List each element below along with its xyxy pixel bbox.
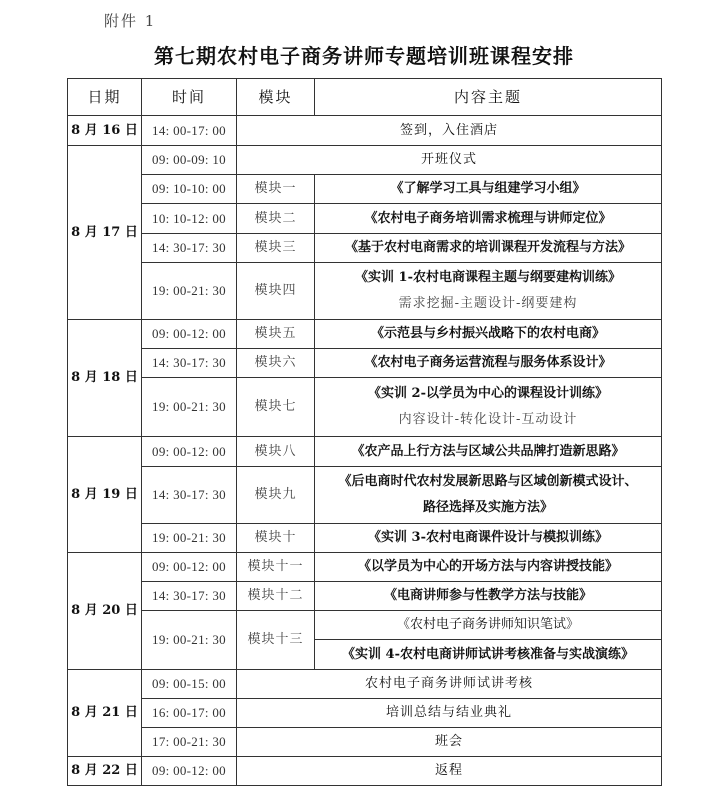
content-cell: 《基于农村电商需求的培训课程开发流程与方法》 — [315, 234, 662, 263]
content-title: 《实训 1-农村电商课程主题与纲要建构训练》 — [355, 270, 621, 285]
table-row: 14: 30-17: 30 模块十二 《电商讲师参与性教学方法与技能》 — [68, 582, 662, 611]
content-title: 《实训 2-以学员为中心的课程设计训练》 — [368, 386, 608, 401]
time-cell: 10: 10-12: 00 — [142, 204, 237, 234]
content-cell: 《后电商时代农村发展新思路与区域创新模式设计、 路径选择及实施方法》 — [315, 467, 662, 524]
table-row: 09: 10-10: 00 模块一 《了解学习工具与组建学习小组》 — [68, 175, 662, 204]
time-cell: 16: 00-17: 00 — [142, 699, 237, 728]
content-cell: 班会 — [237, 728, 662, 757]
time-cell: 19: 00-21: 30 — [142, 263, 237, 320]
content-cell: 《农村电子商务运营流程与服务体系设计》 — [315, 349, 662, 378]
module-cell: 模块十二 — [237, 582, 315, 611]
table-row: 14: 30-17: 30 模块三 《基于农村电商需求的培训课程开发流程与方法》 — [68, 234, 662, 263]
time-cell: 14: 30-17: 30 — [142, 582, 237, 611]
content-cell: 农村电子商务讲师试讲考核 — [237, 670, 662, 699]
table-header-row: 日期 时间 模块 内容主题 — [68, 79, 662, 116]
content-cell: 《示范县与乡村振兴战略下的农村电商》 — [315, 320, 662, 349]
content-cell: 《电商讲师参与性教学方法与技能》 — [315, 582, 662, 611]
module-cell: 模块十 — [237, 524, 315, 553]
table-row: 8 月 19 日 09: 00-12: 00 模块八 《农产品上行方法与区域公共… — [68, 437, 662, 467]
table-row: 8 月 17 日 09: 00-09: 10 开班仪式 — [68, 146, 662, 175]
course-schedule-table: 日期 时间 模块 内容主题 8 月 16 日 14: 00-17: 00 签到，… — [67, 78, 662, 786]
content-title: 《后电商时代农村发展新思路与区域创新模式设计、 — [338, 474, 637, 489]
module-cell: 模块四 — [237, 263, 315, 320]
content-cell: 签到，入住酒店 — [237, 116, 662, 146]
table-row: 8 月 18 日 09: 00-12: 00 模块五 《示范县与乡村振兴战略下的… — [68, 320, 662, 349]
content-subtitle: 需求挖掘-主题设计-纲要建构 — [315, 296, 661, 312]
time-cell: 14: 30-17: 30 — [142, 234, 237, 263]
table-row: 8 月 21 日 09: 00-15: 00 农村电子商务讲师试讲考核 — [68, 670, 662, 699]
time-cell: 09: 00-12: 00 — [142, 553, 237, 582]
table-row: 14: 30-17: 30 模块九 《后电商时代农村发展新思路与区域创新模式设计… — [68, 467, 662, 524]
header-time: 时间 — [142, 79, 237, 116]
content-cell: 《实训 3-农村电商课件设计与模拟训练》 — [315, 524, 662, 553]
table-row: 14: 30-17: 30 模块六 《农村电子商务运营流程与服务体系设计》 — [68, 349, 662, 378]
module-cell: 模块九 — [237, 467, 315, 524]
module-cell: 模块十一 — [237, 553, 315, 582]
content-cell: 《农产品上行方法与区域公共品牌打造新思路》 — [315, 437, 662, 467]
time-cell: 09: 00-15: 00 — [142, 670, 237, 699]
table-row: 19: 00-21: 30 模块十三 《农村电子商务讲师知识笔试》 — [68, 611, 662, 640]
content-cell: 《农村电子商务培训需求梳理与讲师定位》 — [315, 204, 662, 234]
content-cell: 《了解学习工具与组建学习小组》 — [315, 175, 662, 204]
content-cell: 《实训 1-农村电商课程主题与纲要建构训练》 需求挖掘-主题设计-纲要建构 — [315, 263, 662, 320]
header-content: 内容主题 — [315, 79, 662, 116]
time-cell: 09: 00-12: 00 — [142, 320, 237, 349]
module-cell: 模块七 — [237, 378, 315, 437]
attachment-label: 附件 1 — [104, 10, 156, 31]
time-cell: 09: 00-12: 00 — [142, 757, 237, 786]
date-cell: 8 月 19 日 — [68, 437, 142, 553]
date-cell: 8 月 20 日 — [68, 553, 142, 670]
module-cell: 模块六 — [237, 349, 315, 378]
content-cell: 返程 — [237, 757, 662, 786]
time-cell: 19: 00-21: 30 — [142, 611, 237, 670]
table-row: 8 月 20 日 09: 00-12: 00 模块十一 《以学员为中心的开场方法… — [68, 553, 662, 582]
content-cell: 《实训 4-农村电商讲师试讲考核准备与实战演练》 — [315, 640, 662, 670]
time-cell: 17: 00-21: 30 — [142, 728, 237, 757]
table-row: 17: 00-21: 30 班会 — [68, 728, 662, 757]
time-cell: 09: 00-09: 10 — [142, 146, 237, 175]
time-cell: 19: 00-21: 30 — [142, 524, 237, 553]
time-cell: 09: 00-12: 00 — [142, 437, 237, 467]
table-row: 10: 10-12: 00 模块二 《农村电子商务培训需求梳理与讲师定位》 — [68, 204, 662, 234]
table-row: 16: 00-17: 00 培训总结与结业典礼 — [68, 699, 662, 728]
module-cell: 模块五 — [237, 320, 315, 349]
date-cell: 8 月 17 日 — [68, 146, 142, 320]
date-cell: 8 月 18 日 — [68, 320, 142, 437]
table-row: 19: 00-21: 30 模块四 《实训 1-农村电商课程主题与纲要建构训练》… — [68, 263, 662, 320]
content-cell: 培训总结与结业典礼 — [237, 699, 662, 728]
module-cell: 模块十三 — [237, 611, 315, 670]
content-cell: 《以学员为中心的开场方法与内容讲授技能》 — [315, 553, 662, 582]
module-cell: 模块一 — [237, 175, 315, 204]
header-date: 日期 — [68, 79, 142, 116]
content-subtitle: 内容设计-转化设计-互动设计 — [315, 412, 661, 428]
table-row: 19: 00-21: 30 模块十 《实训 3-农村电商课件设计与模拟训练》 — [68, 524, 662, 553]
date-cell: 8 月 22 日 — [68, 757, 142, 786]
module-cell: 模块二 — [237, 204, 315, 234]
header-module: 模块 — [237, 79, 315, 116]
time-cell: 14: 00-17: 00 — [142, 116, 237, 146]
content-cell: 《农村电子商务讲师知识笔试》 — [315, 611, 662, 640]
page-title: 第七期农村电子商务讲师专题培训班课程安排 — [0, 40, 728, 69]
module-cell: 模块三 — [237, 234, 315, 263]
time-cell: 14: 30-17: 30 — [142, 467, 237, 524]
content-title-line2: 路径选择及实施方法》 — [315, 500, 661, 516]
content-cell: 开班仪式 — [237, 146, 662, 175]
date-cell: 8 月 21 日 — [68, 670, 142, 757]
table-row: 8 月 16 日 14: 00-17: 00 签到，入住酒店 — [68, 116, 662, 146]
content-cell: 《实训 2-以学员为中心的课程设计训练》 内容设计-转化设计-互动设计 — [315, 378, 662, 437]
time-cell: 09: 10-10: 00 — [142, 175, 237, 204]
table-row: 8 月 22 日 09: 00-12: 00 返程 — [68, 757, 662, 786]
date-cell: 8 月 16 日 — [68, 116, 142, 146]
time-cell: 19: 00-21: 30 — [142, 378, 237, 437]
time-cell: 14: 30-17: 30 — [142, 349, 237, 378]
table-row: 19: 00-21: 30 模块七 《实训 2-以学员为中心的课程设计训练》 内… — [68, 378, 662, 437]
module-cell: 模块八 — [237, 437, 315, 467]
